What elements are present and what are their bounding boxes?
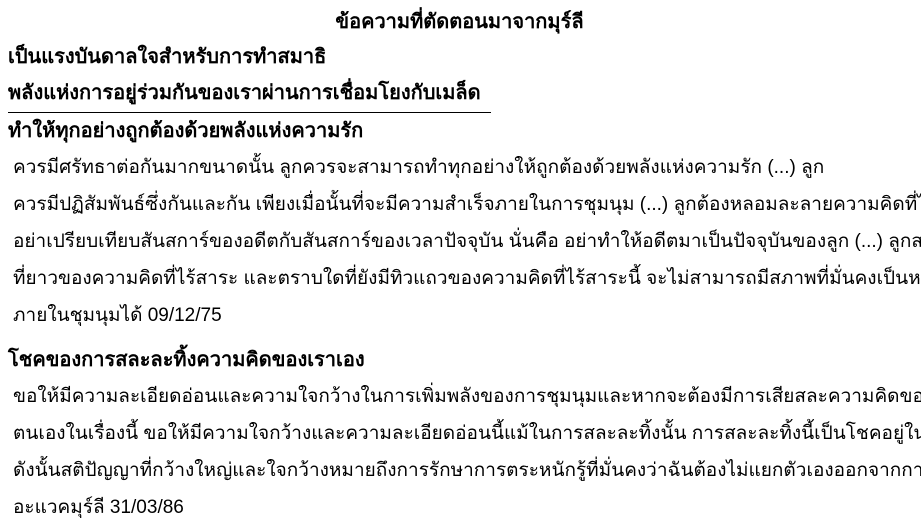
text-line: ควรมีปฏิสัมพันธ์ซึ่งกันและกัน เพียงเมื่อ… [8, 186, 911, 223]
section-2-paragraph: ขอให้มีความละเอียดอ่อนและความใจกว้างในกา… [8, 378, 911, 518]
text-line: ดังนั้นสติปัญญาที่กว้างใหญ่และใจกว้างหมา… [8, 452, 911, 489]
section-2-heading: โชคของการสละละทิ้งความคิดของเราเอง [8, 342, 911, 378]
text-line: ขอให้มีความละเอียดอ่อนและความใจกว้างในกา… [8, 378, 911, 415]
document-title: ข้อความที่ตัดตอนมาจากมุร์ลี [8, 6, 911, 39]
underlined-heading: พลังแห่งการอยู่ร่วมกันของเราผ่านการเชื่อ… [8, 75, 911, 113]
text-line: ควรมีศรัทธาต่อกันมากขนาดนั้น ลูกควรจะสาม… [8, 149, 911, 186]
section-1-heading: ทำให้ทุกอย่างถูกต้องด้วยพลังแห่งความรัก [8, 113, 911, 149]
text-line: ตนเองในเรื่องนี้ ขอให้มีความใจกว้างและคว… [8, 415, 911, 452]
text-line: ที่ยาวของความคิดที่ไร้สาระ และตราบใดที่ย… [8, 260, 911, 297]
text-line: อะแวคมุร์ลี 31/03/86 [8, 489, 911, 518]
text-line: อย่าเปรียบเทียบสันสการ์ของอดีตกับสันสการ… [8, 223, 911, 260]
underlined-heading-text: พลังแห่งการอยู่ร่วมกันของเราผ่านการเชื่อ… [8, 75, 491, 113]
document-page: ข้อความที่ตัดตอนมาจากมุร์ลี เป็นแรงบันดา… [0, 0, 921, 518]
section-1-paragraph: ควรมีศรัทธาต่อกันมากขนาดนั้น ลูกควรจะสาม… [8, 149, 911, 334]
text-line: ภายในชุมนุมได้ 09/12/75 [8, 297, 911, 334]
intro-heading: เป็นแรงบันดาลใจสำหรับการทำสมาธิ [8, 39, 911, 75]
